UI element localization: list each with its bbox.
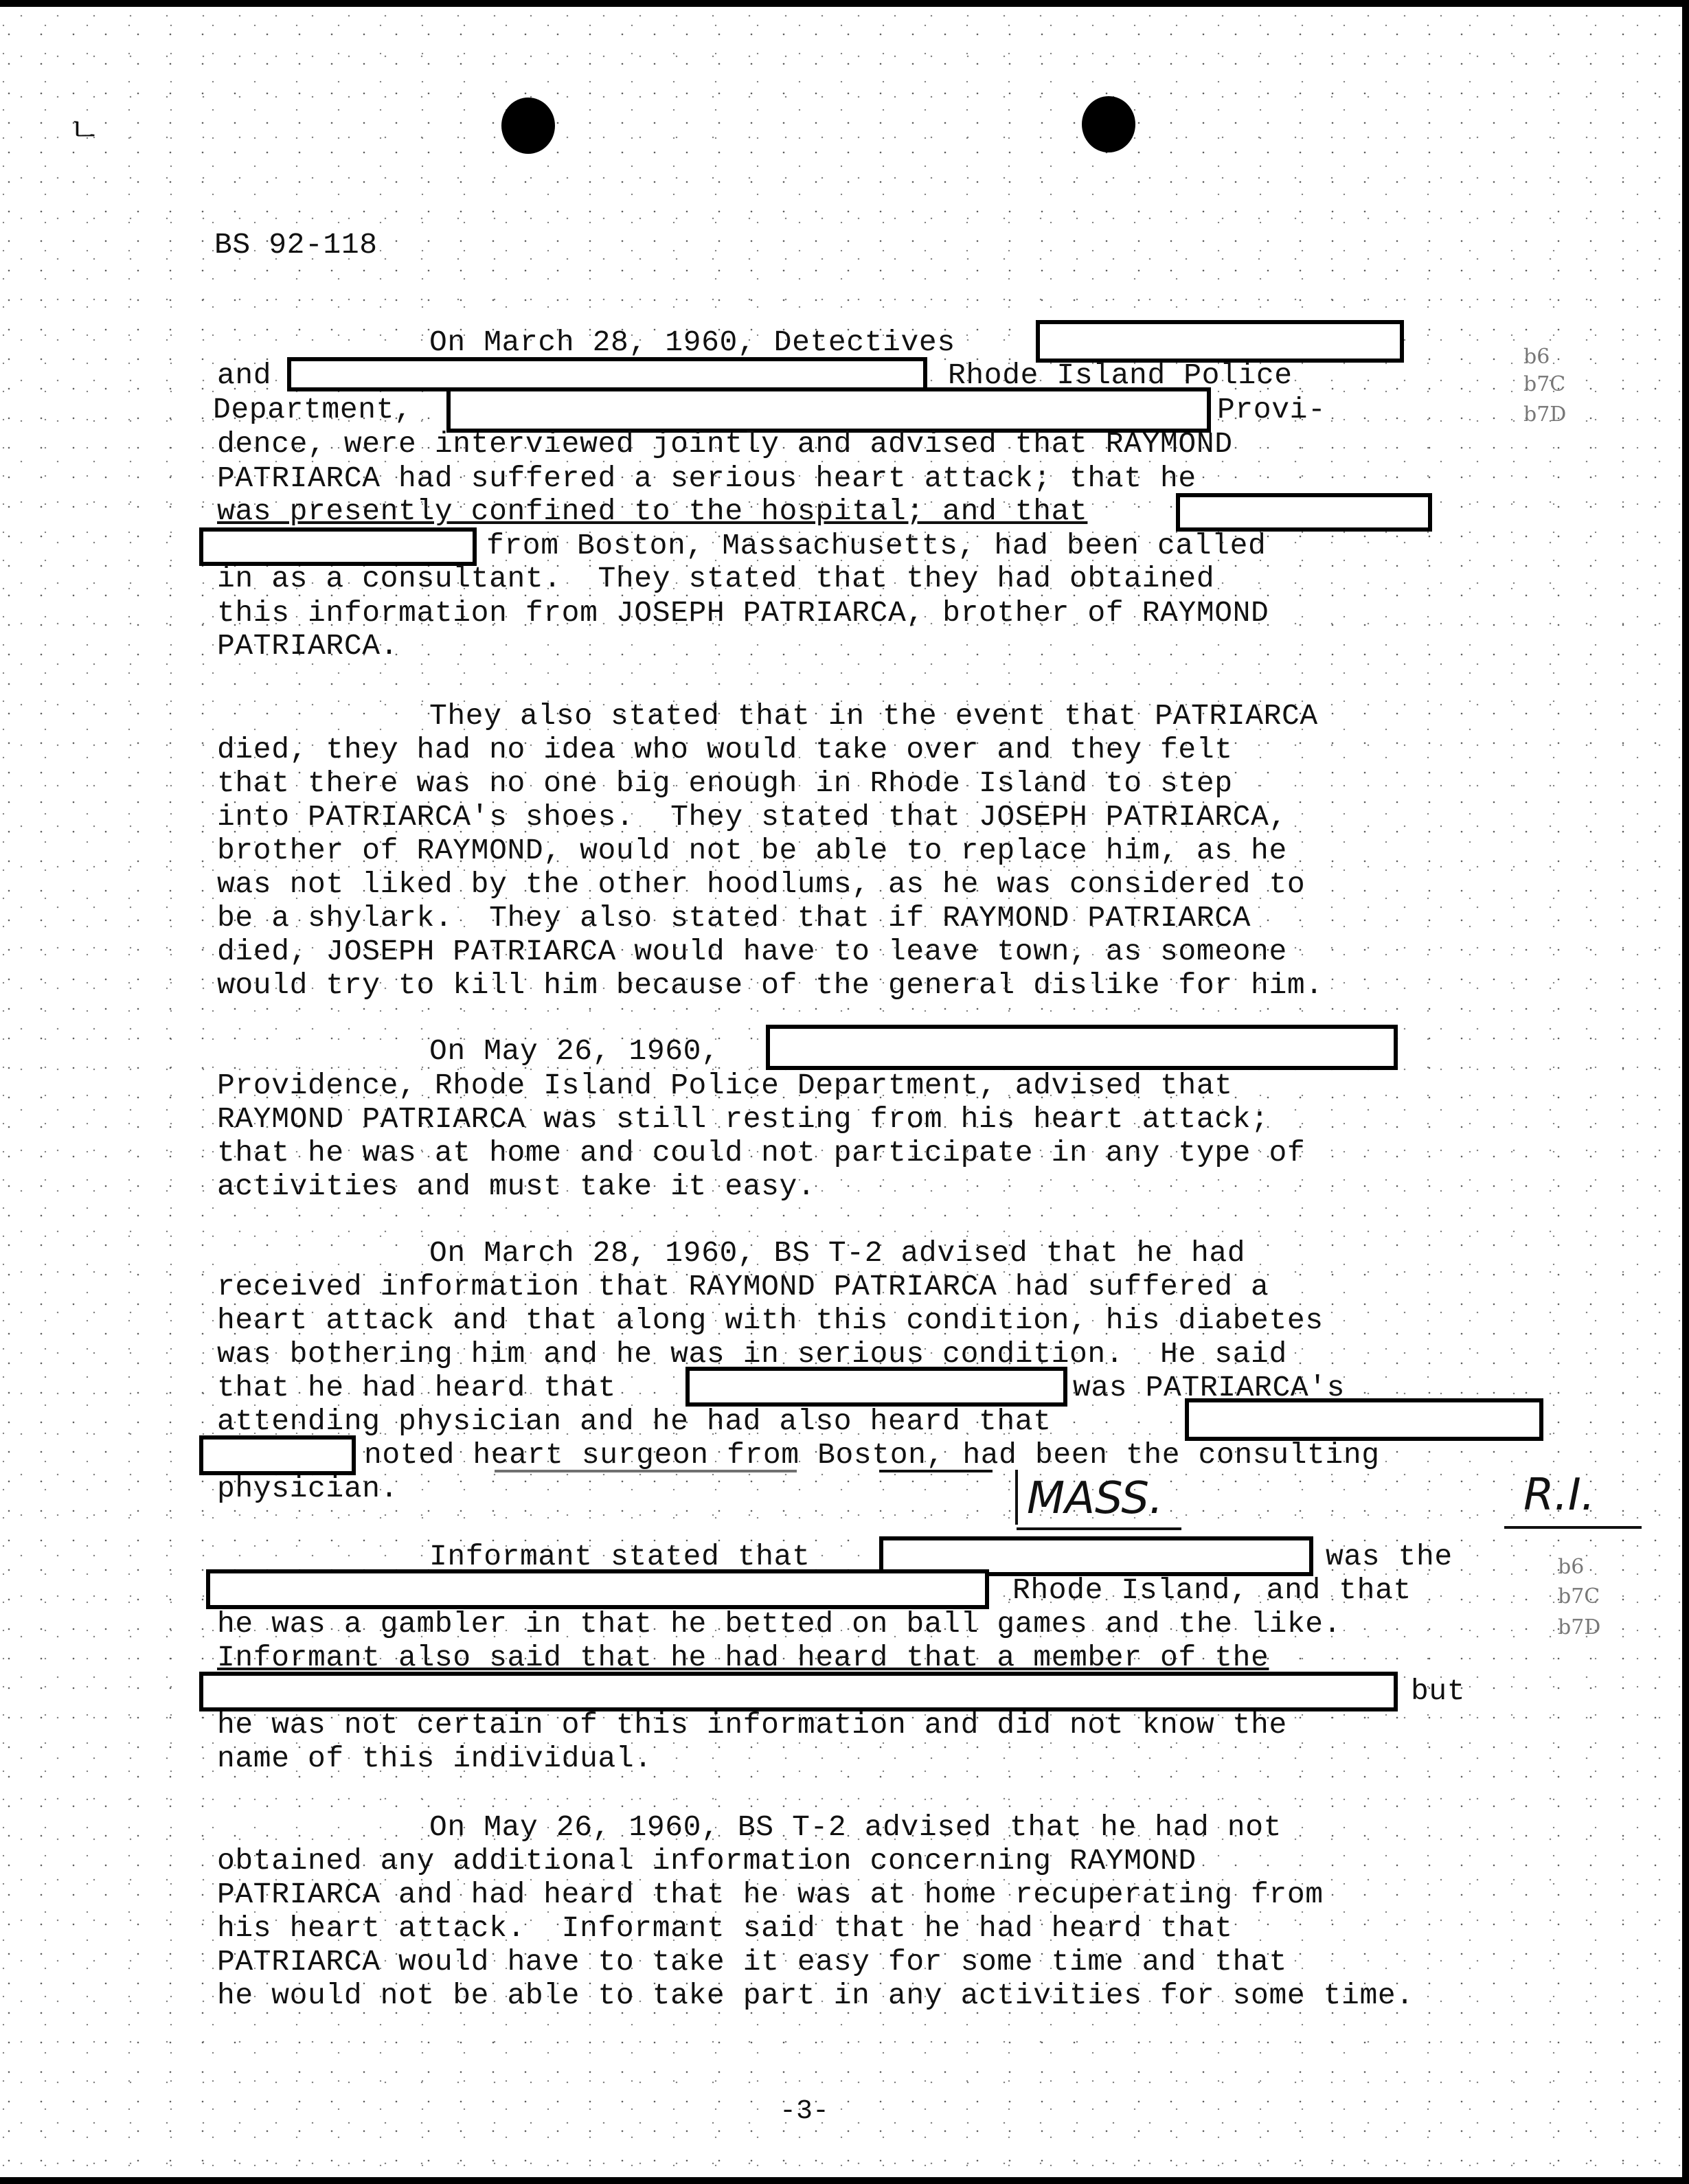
paragraph-1-line: in as a consultant. They stated that the… [217, 562, 1214, 595]
punch-hole-right [1082, 96, 1135, 152]
file-number: BS 92-118 [214, 228, 378, 262]
paragraph-3-line: activities and must take it easy. [217, 1170, 815, 1203]
paragraph-3-line: that he was at home and could not partic… [217, 1136, 1305, 1170]
paragraph-2-line: brother of RAYMOND, would not be able to… [217, 834, 1287, 867]
exemption-code: b6 [1558, 1554, 1584, 1581]
paragraph-6-line: obtained any additional information conc… [217, 1844, 1197, 1878]
paragraph-2-line: They also stated that in the event that … [429, 699, 1318, 733]
handwritten-underline [1504, 1526, 1642, 1529]
paragraph-1-line: from Boston, Massachusetts, had been cal… [486, 529, 1266, 562]
handwritten-note-mass: MASS. [1027, 1473, 1163, 1524]
paragraph-4-line: On March 28, 1960, BS T-2 advised that h… [429, 1236, 1245, 1270]
paragraph-2-line: that there was no one big enough in Rhod… [217, 766, 1233, 800]
redaction-box [766, 1025, 1398, 1070]
margin-check-mark: ㄴ [69, 103, 100, 150]
paragraph-1-line: was presently confined to the hospital; … [217, 494, 1087, 528]
redaction-box [685, 1367, 1067, 1407]
handwritten-underline-surgeon [495, 1470, 797, 1472]
paragraph-5-line: name of this individual. [217, 1742, 653, 1775]
paragraph-6-line: PATRIARCA would have to take it easy for… [217, 1945, 1287, 1979]
paragraph-6-line: his heart attack. Informant said that he… [217, 1911, 1233, 1945]
handwritten-note-ri: R.I. [1523, 1470, 1595, 1521]
paragraph-3-line: On May 26, 1960, [429, 1034, 719, 1068]
paragraph-4-line: heart attack and that along with this co… [217, 1304, 1324, 1337]
paragraph-1-line: On March 28, 1960, Detectives [429, 326, 955, 359]
paragraph-5-line: but [1411, 1674, 1465, 1708]
paragraph-4-line: was bothering him and he was in serious … [217, 1337, 1287, 1371]
paragraph-3-line: RAYMOND PATRIARCA was still resting from… [217, 1102, 1269, 1136]
handwritten-underline [1017, 1527, 1181, 1530]
redaction-box [1036, 320, 1404, 363]
paragraph-5-line: he was not certain of this information a… [217, 1708, 1287, 1742]
document-page: ㄴ BS 92-118 On March 28, 1960, Detective… [0, 0, 1689, 2184]
paragraph-5-line: Rhode Island, and that [1012, 1573, 1412, 1607]
paragraph-6-line: he would not be able to take part in any… [217, 1979, 1414, 2012]
paragraph-2-line: died, JOSEPH PATRIARCA would have to lea… [217, 935, 1287, 968]
paragraph-3-line: Providence, Rhode Island Police Departme… [217, 1069, 1233, 1102]
paragraph-4-line: attending physician and he had also hear… [217, 1404, 1052, 1438]
redaction-box [206, 1569, 989, 1609]
exemption-code: b6 [1523, 343, 1550, 371]
paragraph-2-line: died, they had no idea who would take ov… [217, 733, 1233, 766]
redaction-box [1176, 493, 1432, 532]
redaction-box [1185, 1398, 1543, 1441]
redaction-box [199, 1435, 356, 1475]
redaction-box [446, 387, 1211, 433]
paragraph-4-line: received information that RAYMOND PATRIA… [217, 1270, 1269, 1304]
paragraph-1-line: PATRIARCA. [217, 629, 398, 663]
paragraph-2-line: into PATRIARCA's shoes. They stated that… [217, 800, 1287, 834]
paragraph-5-line: was the [1326, 1540, 1453, 1573]
paragraph-1-line: Department, [213, 393, 412, 426]
paragraph-2-line: would try to kill him because of the gen… [217, 968, 1324, 1002]
exemption-code: b7D [1558, 1614, 1600, 1641]
paragraph-2-line: be a shylark. They also stated that if R… [217, 901, 1251, 935]
redaction-box [199, 527, 477, 566]
paragraph-4-line: noted heart surgeon from Boston, had bee… [364, 1438, 1380, 1472]
paragraph-5-line: Informant stated that [429, 1540, 811, 1573]
paragraph-4-line: physician. [217, 1472, 398, 1505]
scan-border-top [0, 0, 1689, 7]
redaction-box [287, 357, 927, 391]
exemption-code: b7D [1523, 401, 1566, 429]
handwritten-bracket [1015, 1470, 1018, 1525]
paragraph-2-line: was not liked by the other hoodlums, as … [217, 867, 1305, 901]
paragraph-1-line: PATRIARCA had suffered a serious heart a… [217, 462, 1197, 495]
paragraph-6-line: On May 26, 1960, BS T-2 advised that he … [429, 1810, 1282, 1844]
exemption-code: b7C [1558, 1583, 1600, 1611]
paragraph-6-line: PATRIARCA and had heard that he was at h… [217, 1878, 1324, 1911]
punch-hole-left [501, 98, 555, 154]
paragraph-1-line: Provi- [1217, 393, 1326, 426]
scan-border-right [1682, 0, 1689, 2184]
paragraph-1-line: and [217, 359, 271, 392]
handwritten-underline-boston [879, 1470, 993, 1472]
paragraph-1-line: this information from JOSEPH PATRIARCA, … [217, 596, 1269, 630]
paragraph-4-line: that he had heard that [217, 1371, 616, 1404]
redaction-box [199, 1672, 1398, 1711]
paragraph-5-line: he was a gambler in that he betted on ba… [217, 1607, 1341, 1641]
exemption-code: b7C [1523, 371, 1565, 398]
paragraph-1-line: dence, were interviewed jointly and advi… [217, 427, 1233, 461]
paragraph-5-line: Informant also said that he had heard th… [217, 1641, 1269, 1674]
page-number: -3- [780, 2096, 829, 2127]
scan-border-bottom [0, 2177, 1689, 2184]
